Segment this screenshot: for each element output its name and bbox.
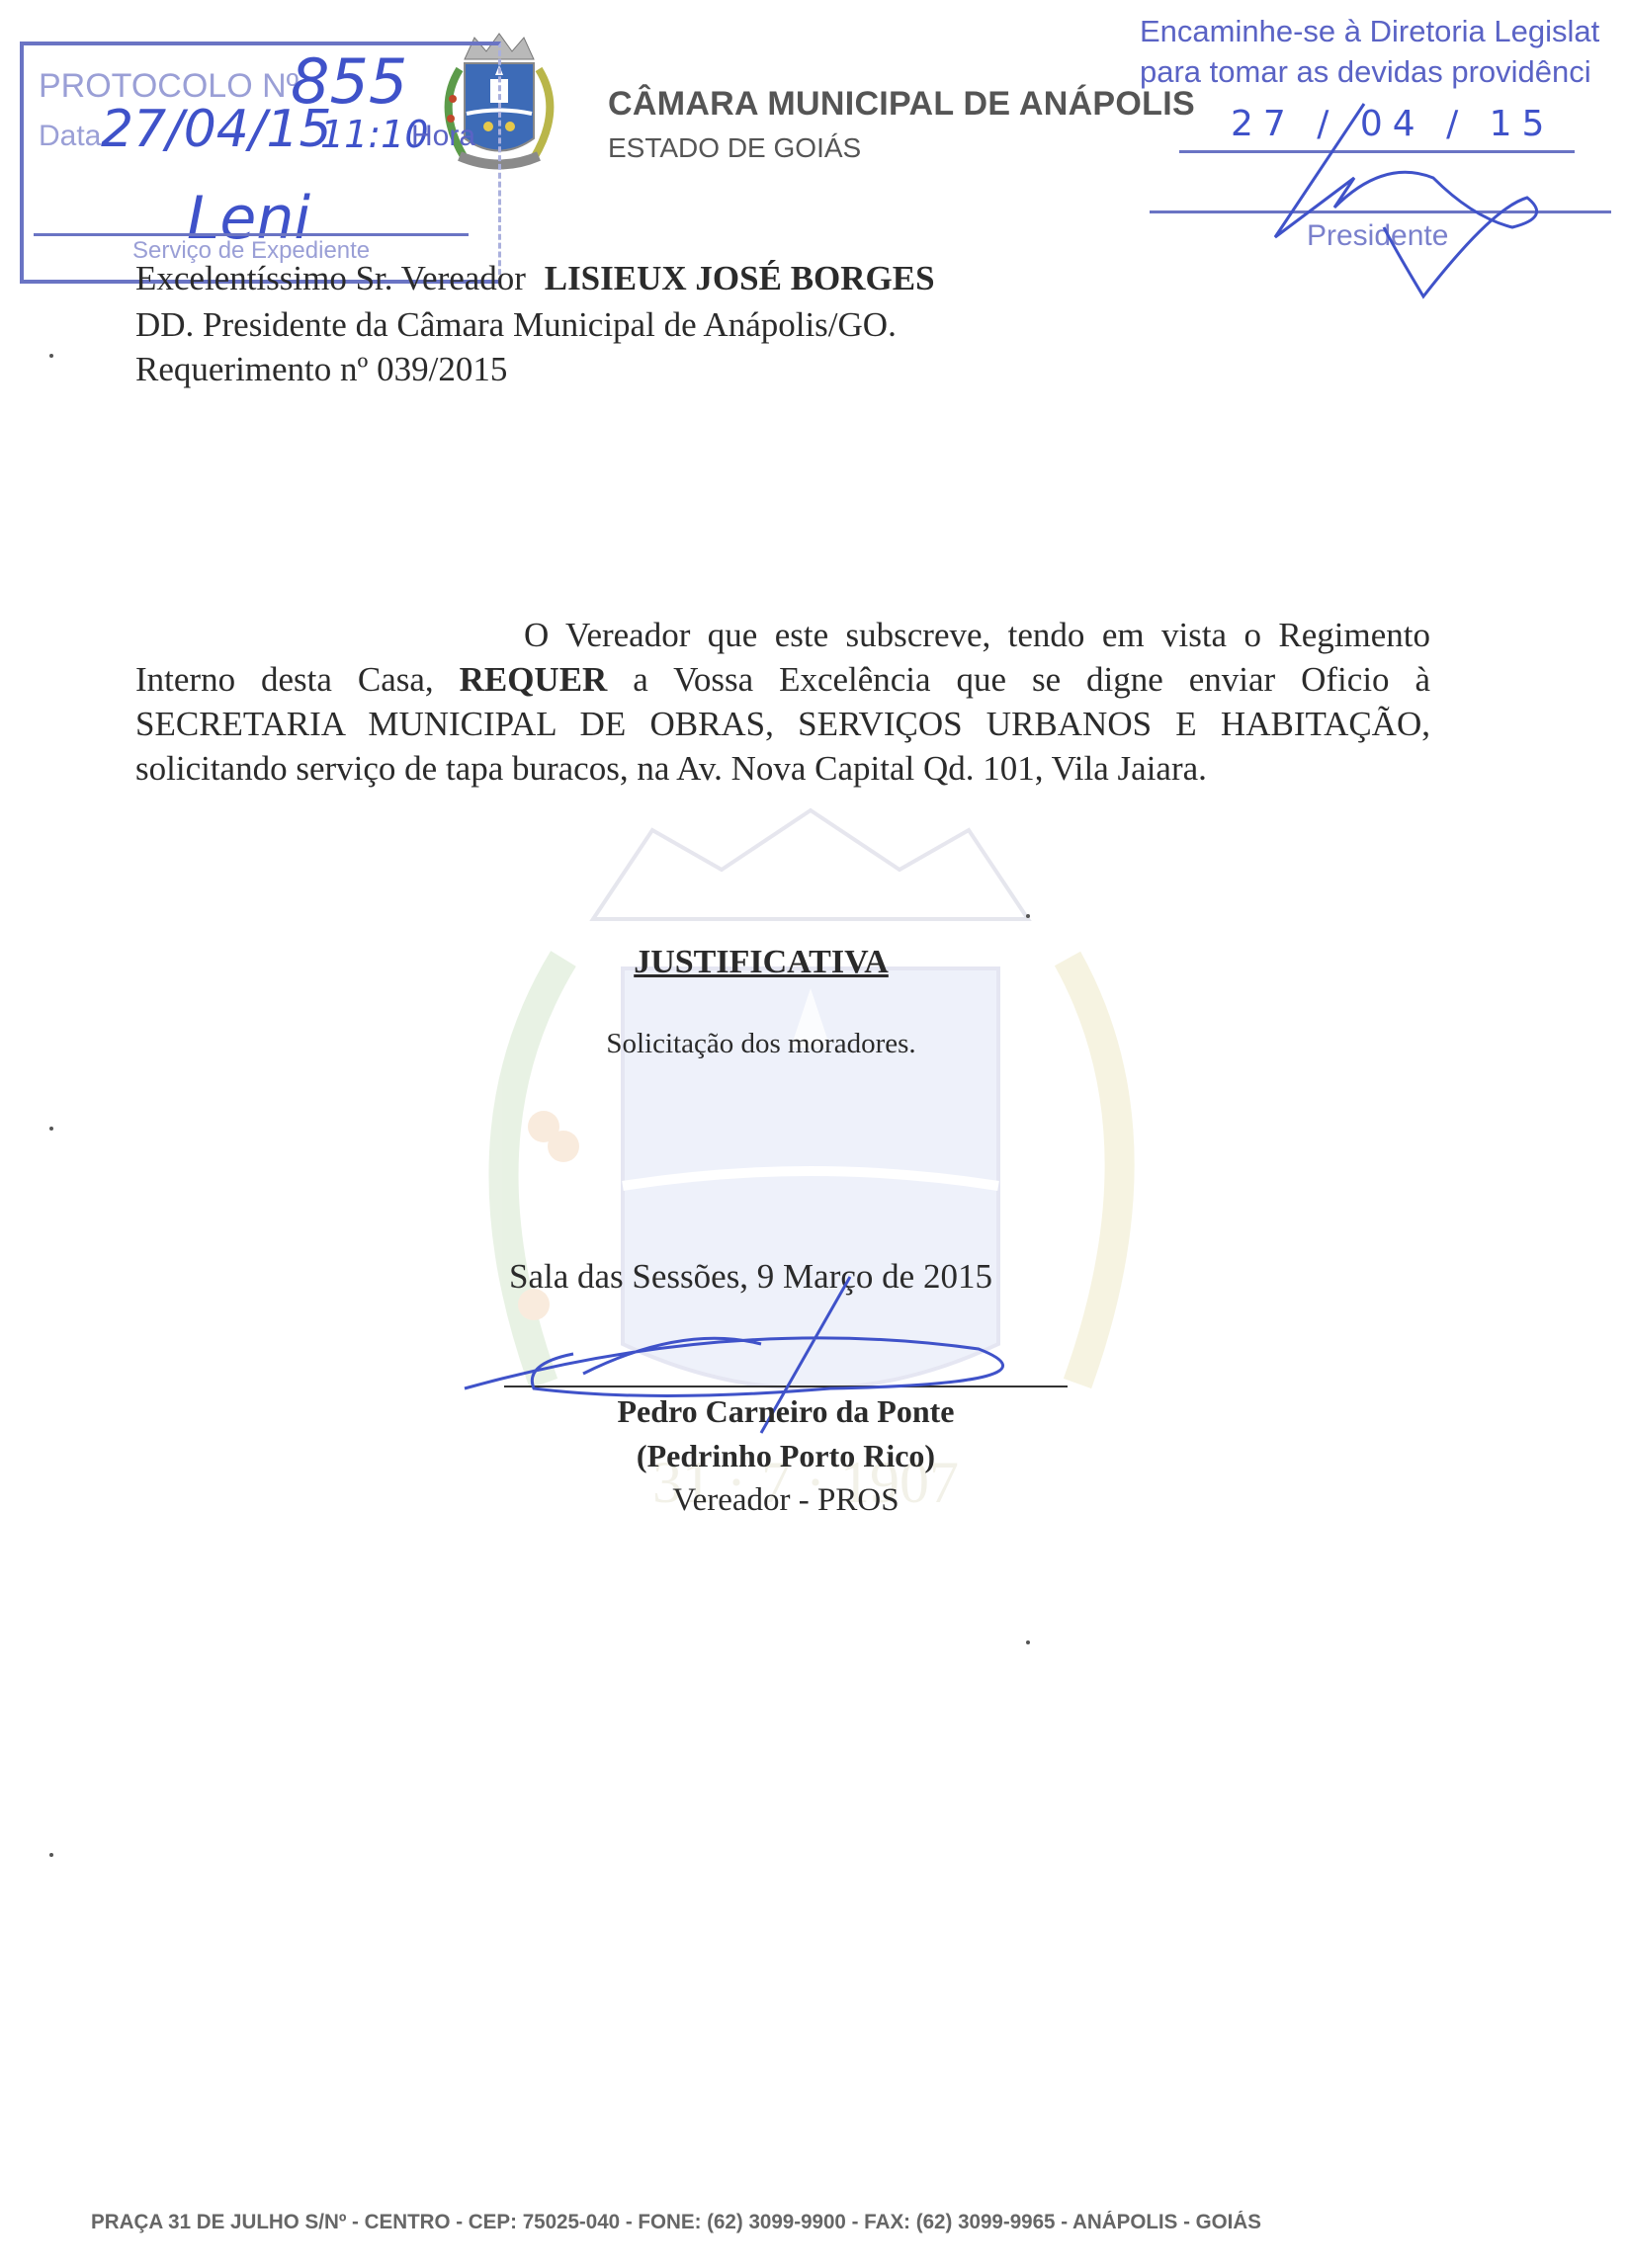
date-label: Data — [39, 120, 101, 153]
request-reference: Requerimento nº 039/2015 — [135, 350, 507, 389]
justification-text: Solicitação dos moradores. — [554, 1028, 969, 1060]
scan-speck — [1026, 1640, 1030, 1644]
request-keyword: REQUER — [460, 660, 608, 699]
stamp-divider — [34, 233, 469, 236]
protocol-date: 27/04/15 — [101, 100, 332, 159]
addressee-title: DD. Presidente da Câmara Municipal de An… — [135, 305, 897, 345]
justification-heading: JUSTIFICATIVA — [593, 944, 929, 981]
dispatch-line-1: Encaminhe-se à Diretoria Legislat — [1140, 14, 1599, 49]
addressee-name: LISIEUX JOSÉ BORGES — [545, 259, 935, 297]
signer-name: Pedro Carneiro da Ponte — [474, 1393, 1097, 1430]
signer-nickname: (Pedrinho Porto Rico) — [474, 1438, 1097, 1474]
institution-name: CÂMARA MUNICIPAL DE ANÁPOLIS — [608, 85, 1195, 124]
footer-address: PRAÇA 31 DE JULHO S/Nº - CENTRO - CEP: 7… — [91, 2211, 1261, 2234]
protocol-stamp: PROTOCOLO Nº 855 Data 27/04/15 11:10 Hor… — [20, 42, 501, 284]
scan-speck — [49, 354, 53, 358]
dispatch-line-2: para tomar as devidas providênci — [1140, 54, 1591, 90]
scan-speck — [49, 1853, 53, 1857]
request-paragraph: O Vereador que este subscreve, tendo em … — [135, 613, 1430, 791]
state-name: ESTADO DE GOIÁS — [608, 132, 861, 164]
scan-speck — [49, 1127, 53, 1131]
time-label: Hora — [411, 120, 475, 153]
salutation: Excelentíssimo Sr. Vereador LISIEUX JOSÉ… — [135, 259, 935, 298]
signer-role: Vereador - PROS — [474, 1482, 1097, 1519]
president-signature-icon — [1255, 99, 1601, 306]
scan-speck — [1026, 914, 1030, 918]
